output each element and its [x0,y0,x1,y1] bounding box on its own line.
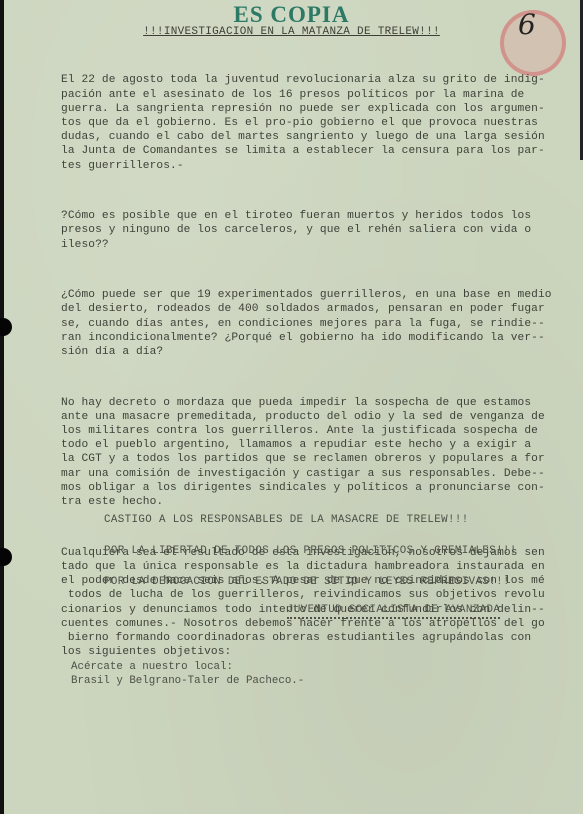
paragraph: No hay decreto o mordaza que pueda imped… [61,396,551,510]
footer-address: Acércate a nuestro local: Brasil y Belgr… [71,660,304,688]
slogans: CASTIGO A LOS RESPONSABLES DE LA MASACRE… [104,514,517,607]
paragraph: ?Cómo es posible que en el tiroteo fuera… [61,209,551,252]
paragraph: ¿Cómo puede ser que 19 experimentados gu… [61,288,551,359]
paragraph: El 22 de agosto toda la juventud revoluc… [61,73,551,172]
copy-stamp: ES COPIA [0,2,583,28]
signature: JUVENTUD SOCIALISTA DE AVANZADA [287,604,500,619]
document-title: !!!INVESTIGACION EN LA MATANZA DE TRELEW… [0,26,583,38]
slogan: POR LA DEROGACION DEL ESTADO DE SITIO Y … [104,576,517,607]
footer-line: Brasil y Belgrano-Taler de Pacheco.- [71,675,304,687]
punch-hole-icon [0,318,12,336]
document-title-text: !!!INVESTIGACION EN LA MATANZA DE TRELEW… [143,26,440,38]
scan-edge-left [0,0,4,814]
punch-hole-icon [0,548,12,566]
slogan: POR LA LIBERTAD DE TODOS LOS PRESOS POLI… [104,545,517,576]
slogan: CASTIGO A LOS RESPONSABLES DE LA MASACRE… [104,514,517,545]
footer-line: Acércate a nuestro local: [71,661,233,673]
document-page: ES COPIA 6 !!!INVESTIGACION EN LA MATANZ… [0,0,583,814]
